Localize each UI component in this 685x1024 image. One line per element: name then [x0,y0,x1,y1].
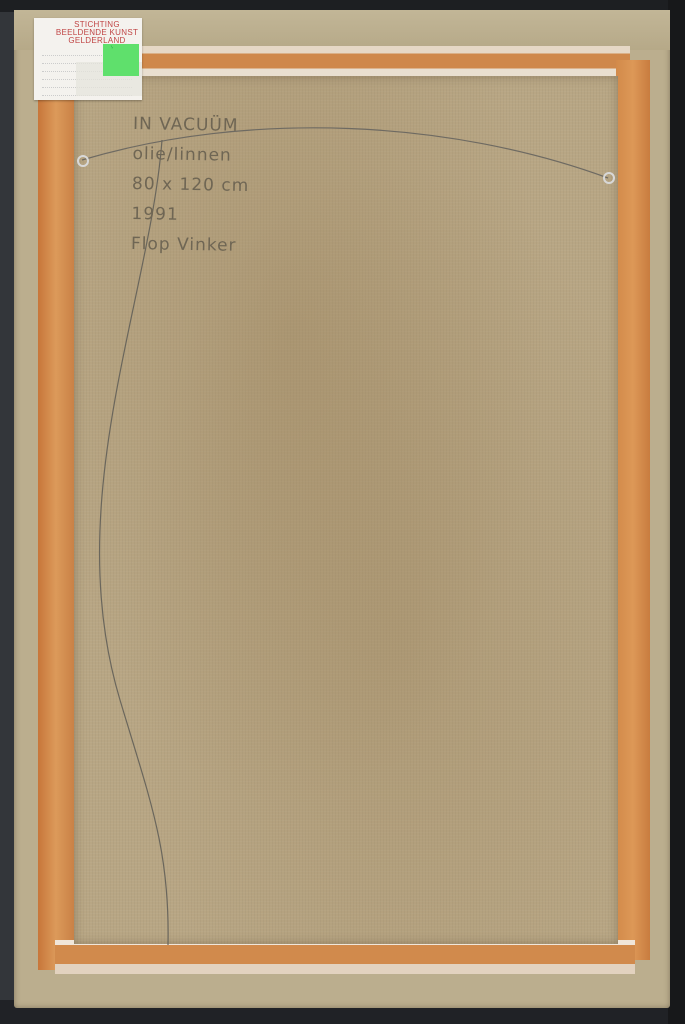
inscription-title: IN VACUÜM [133,109,251,141]
eye-hook-left-icon [77,155,89,167]
label-title: STICHTING BEELDENDE KUNST GELDERLAND [54,21,140,45]
eye-hook-right-icon [603,172,615,184]
green-sticker: ✓ [103,44,139,76]
inscription-year: 1991 [131,199,249,231]
inscription-artist: Flop Vinker [131,229,249,261]
inscription-medium: olie/linnen [132,139,250,171]
handwritten-inscription: IN VACUÜM olie/linnen 80 x 120 cm 1991 F… [131,109,251,261]
hanging-wire [0,0,685,1024]
inscription-dimensions: 80 x 120 cm [132,169,250,201]
